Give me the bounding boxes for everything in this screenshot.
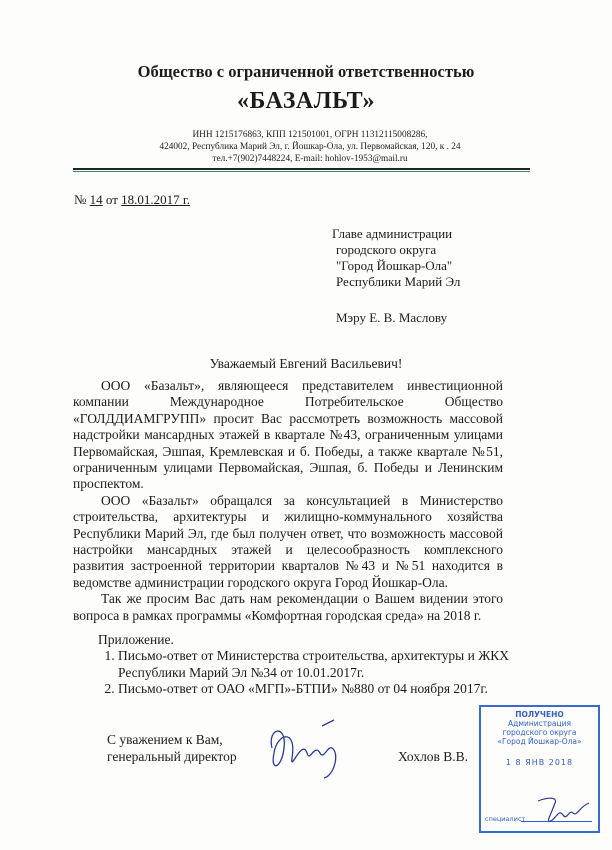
body-paragraph: Так же просим Вас дать нам рекомендации … [73,591,503,624]
signer-position: генеральный директор [107,748,237,765]
address-line: 424002, Республика Марий Эл, г. Йошкар-О… [100,141,520,153]
attachment-item: Письмо-ответ от Министерства строительст… [118,648,538,681]
addressee-mayor: Мэру Е. В. Маслову [336,310,447,327]
addressee-line: Республики Марий Эл [336,274,460,291]
signer-name: Хохлов В.В. [398,748,468,765]
body-paragraph: ООО «Базальт», являющееся представителем… [73,378,503,493]
stamp-line: «Город Йошкар-Ола» [481,737,598,746]
signature-icon [262,718,347,780]
addressee-line: Главе администрации [332,226,452,243]
letter-number: 14 [90,192,103,207]
greeting: Уважаемый Евгений Васильевич! [0,356,612,372]
attachments: Приложение. Письмо-ответ от Министерства… [98,632,538,698]
received-stamp: ПОЛУЧЕНО Администрация городского округа… [479,705,600,833]
stamp-specialist-label: специалист [485,815,525,823]
contacts-line: тел.+7(902)7448224, E-mail: hohlov-1953@… [100,153,520,165]
body-paragraph: ООО «Базальт» обращался за консультацией… [73,493,503,591]
addressee-line: городского округа [336,242,436,259]
stamp-date: 1 8 ЯНВ 2018 [481,758,598,767]
from-label: от [106,192,118,207]
stamp-line: городского округа [481,728,598,737]
stamp-title: ПОЛУЧЕНО [481,710,598,719]
specialist-signature-icon [533,795,593,825]
org-name-heading: «БАЗАЛЬТ» [0,88,612,115]
closing: С уважением к Вам, [107,731,223,748]
reference-number: № 14 от 18.01.2017 г. [74,192,190,208]
letter-date: 18.01.2017 г. [121,192,190,207]
attachment-item: Письмо-ответ от ОАО «МГП»-БТПИ» №880 от … [118,681,538,697]
requisites-line: ИНН 1215176863, КПП 121501001, ОГРН 1131… [100,129,520,141]
attachments-title: Приложение. [98,632,538,648]
number-sign: № [74,192,86,207]
addressee-line: "Город Йошкар-Ола" [336,258,452,275]
header-divider [73,168,530,170]
stamp-line: Администрация [481,719,598,728]
org-type-heading: Общество с ограниченной ответственностью [0,62,612,82]
letter-body: ООО «Базальт», являющееся представителем… [73,378,503,624]
header-divider-accent [73,171,530,172]
